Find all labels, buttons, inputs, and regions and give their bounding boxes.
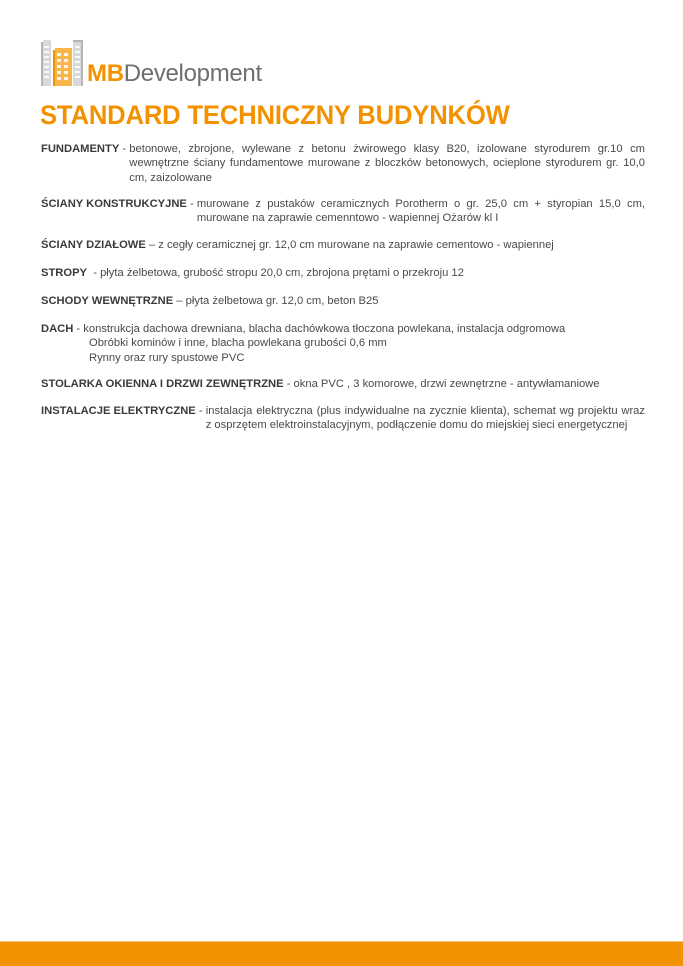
page-title: STANDARD TECHNICZNY BUDYNKÓW xyxy=(40,100,510,131)
brand-name: MBDevelopment xyxy=(87,62,262,86)
brand-logo: MBDevelopment xyxy=(40,38,262,88)
spec-schody: SCHODY WEWNĘTRZNE – płyta żelbetowa gr. … xyxy=(41,294,645,308)
spec-stolarka: STOLARKA OKIENNA I DRZWI ZEWNĘTRZNE - ok… xyxy=(41,377,645,391)
spec-sciany-dzialowe: ŚCIANY DZIAŁOWE – z cegły ceramicznej gr… xyxy=(41,238,645,252)
spec-dach: DACH - konstrukcja dachowa drewniana, bl… xyxy=(41,322,645,365)
spec-fundamenty: FUNDAMENTY - betonowe, zbrojone, wylewan… xyxy=(41,142,645,185)
spec-stropy: STROPY - płyta żelbetowa, grubość stropu… xyxy=(41,266,645,280)
buildings-logo-icon xyxy=(40,38,84,88)
footer-bar xyxy=(0,941,683,966)
spec-sciany-konstrukcyjne: ŚCIANY KONSTRUKCYJNE - murowane z pustak… xyxy=(41,197,645,226)
spec-instalacje-elektryczne: INSTALACJE ELEKTRYCZNE - instalacja elek… xyxy=(41,404,645,433)
